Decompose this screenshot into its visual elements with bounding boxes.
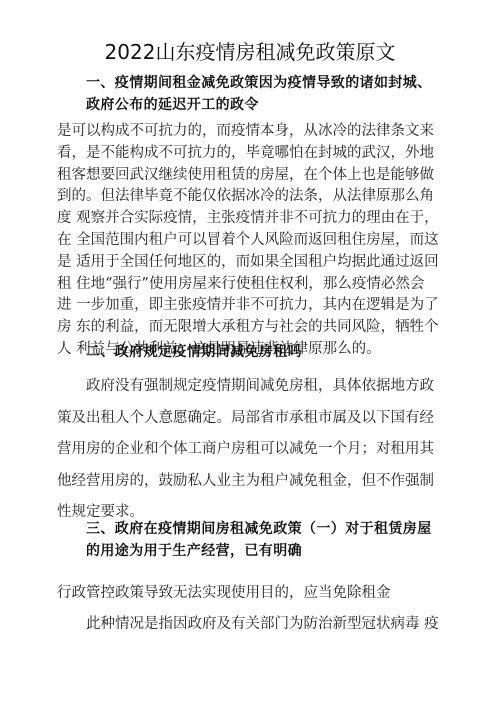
section-3-body: 行政管控政策导致无法实现使用目的，应当免除租金 此种情况是指因政府及有关部门为防… (57, 578, 447, 640)
body-line: 到的。但法律毕竟不能仅依据冰冷的法条，从法律原那么角 (57, 186, 447, 208)
body-line: 行政管控政策导致无法实现使用目的，应当免除租金 (57, 578, 447, 609)
section-1-body: 是可以构成不可抗力的，而疫情本身，从冰冷的法律条文来 看，是不能构成不可抗力的，… (57, 121, 447, 361)
section-3-heading: 三、政府在疫情期间房租减免政策（一）对于租赁房屋 的用途为用于生产经营，已有明确 (86, 518, 446, 562)
body-line: 营用房的企业和个体工商户房租可以减免一个月；对租用其 (57, 434, 447, 466)
body-line: 是 适用于全国任何地区的，而如果全国租户均据此通过返回 (57, 252, 447, 274)
body-line: 进 一步加重，即主张疫情并非不可抗力，其内在逻辑是为了 (57, 295, 447, 317)
section-2-heading: 二、政府规定疫情期间减免房租吗 (86, 341, 446, 363)
section-2-body: 政府没有强制规定疫情期间减免房租，具体依据地方政 策及出租人个人意愿确定。局部省… (57, 371, 447, 529)
body-line: 房 东的利益，而无限增大承租方与社会的共同风险，牺牲个 (57, 317, 447, 339)
heading-line: 政府公布的延迟开工的政令 (86, 94, 446, 116)
body-line: 在 全国范围内租户可以冒着个人风险而返回租住房屋，而这 (57, 230, 447, 252)
section-1-heading: 一、疫情期间租金减免政策因为疫情导致的诸如封城、 政府公布的延迟开工的政令 (86, 72, 446, 116)
body-line: 度 观察并合实际疫情，主张疫情并非不可抗力的理由在于， (57, 208, 447, 230)
body-line: 看，是不能构成不可抗力的，毕竟哪怕在封城的武汉，外地 (57, 143, 447, 165)
body-line: 他经营用房的，鼓励私人业主为租户减免租金，但不作强制 (57, 466, 447, 498)
body-line: 租客想要回武汉继续使用租赁的房屋，在个体上也是能够做 (57, 165, 447, 187)
heading-line: 的用途为用于生产经营，已有明确 (86, 540, 446, 562)
body-line: 是可以构成不可抗力的，而疫情本身，从冰冷的法律条文来 (57, 121, 447, 143)
body-line: 此种情况是指因政府及有关部门为防治新型冠状病毒 疫 (57, 609, 447, 640)
body-line: 政府没有强制规定疫情期间减免房租，具体依据地方政 (57, 371, 447, 403)
heading-line: 一、疫情期间租金减免政策因为疫情导致的诸如封城、 (86, 72, 446, 94)
heading-line: 三、政府在疫情期间房租减免政策（一）对于租赁房屋 (86, 518, 446, 540)
body-line: 租 住地“强行”使用房屋来行使租住权利，那么疫情必然会 (57, 274, 447, 296)
body-line: 策及出租人个人意愿确定。局部省市承租市属及以下国有经 (57, 403, 447, 435)
document-title: 2022山东疫情房租减免政策原文 (0, 40, 500, 64)
